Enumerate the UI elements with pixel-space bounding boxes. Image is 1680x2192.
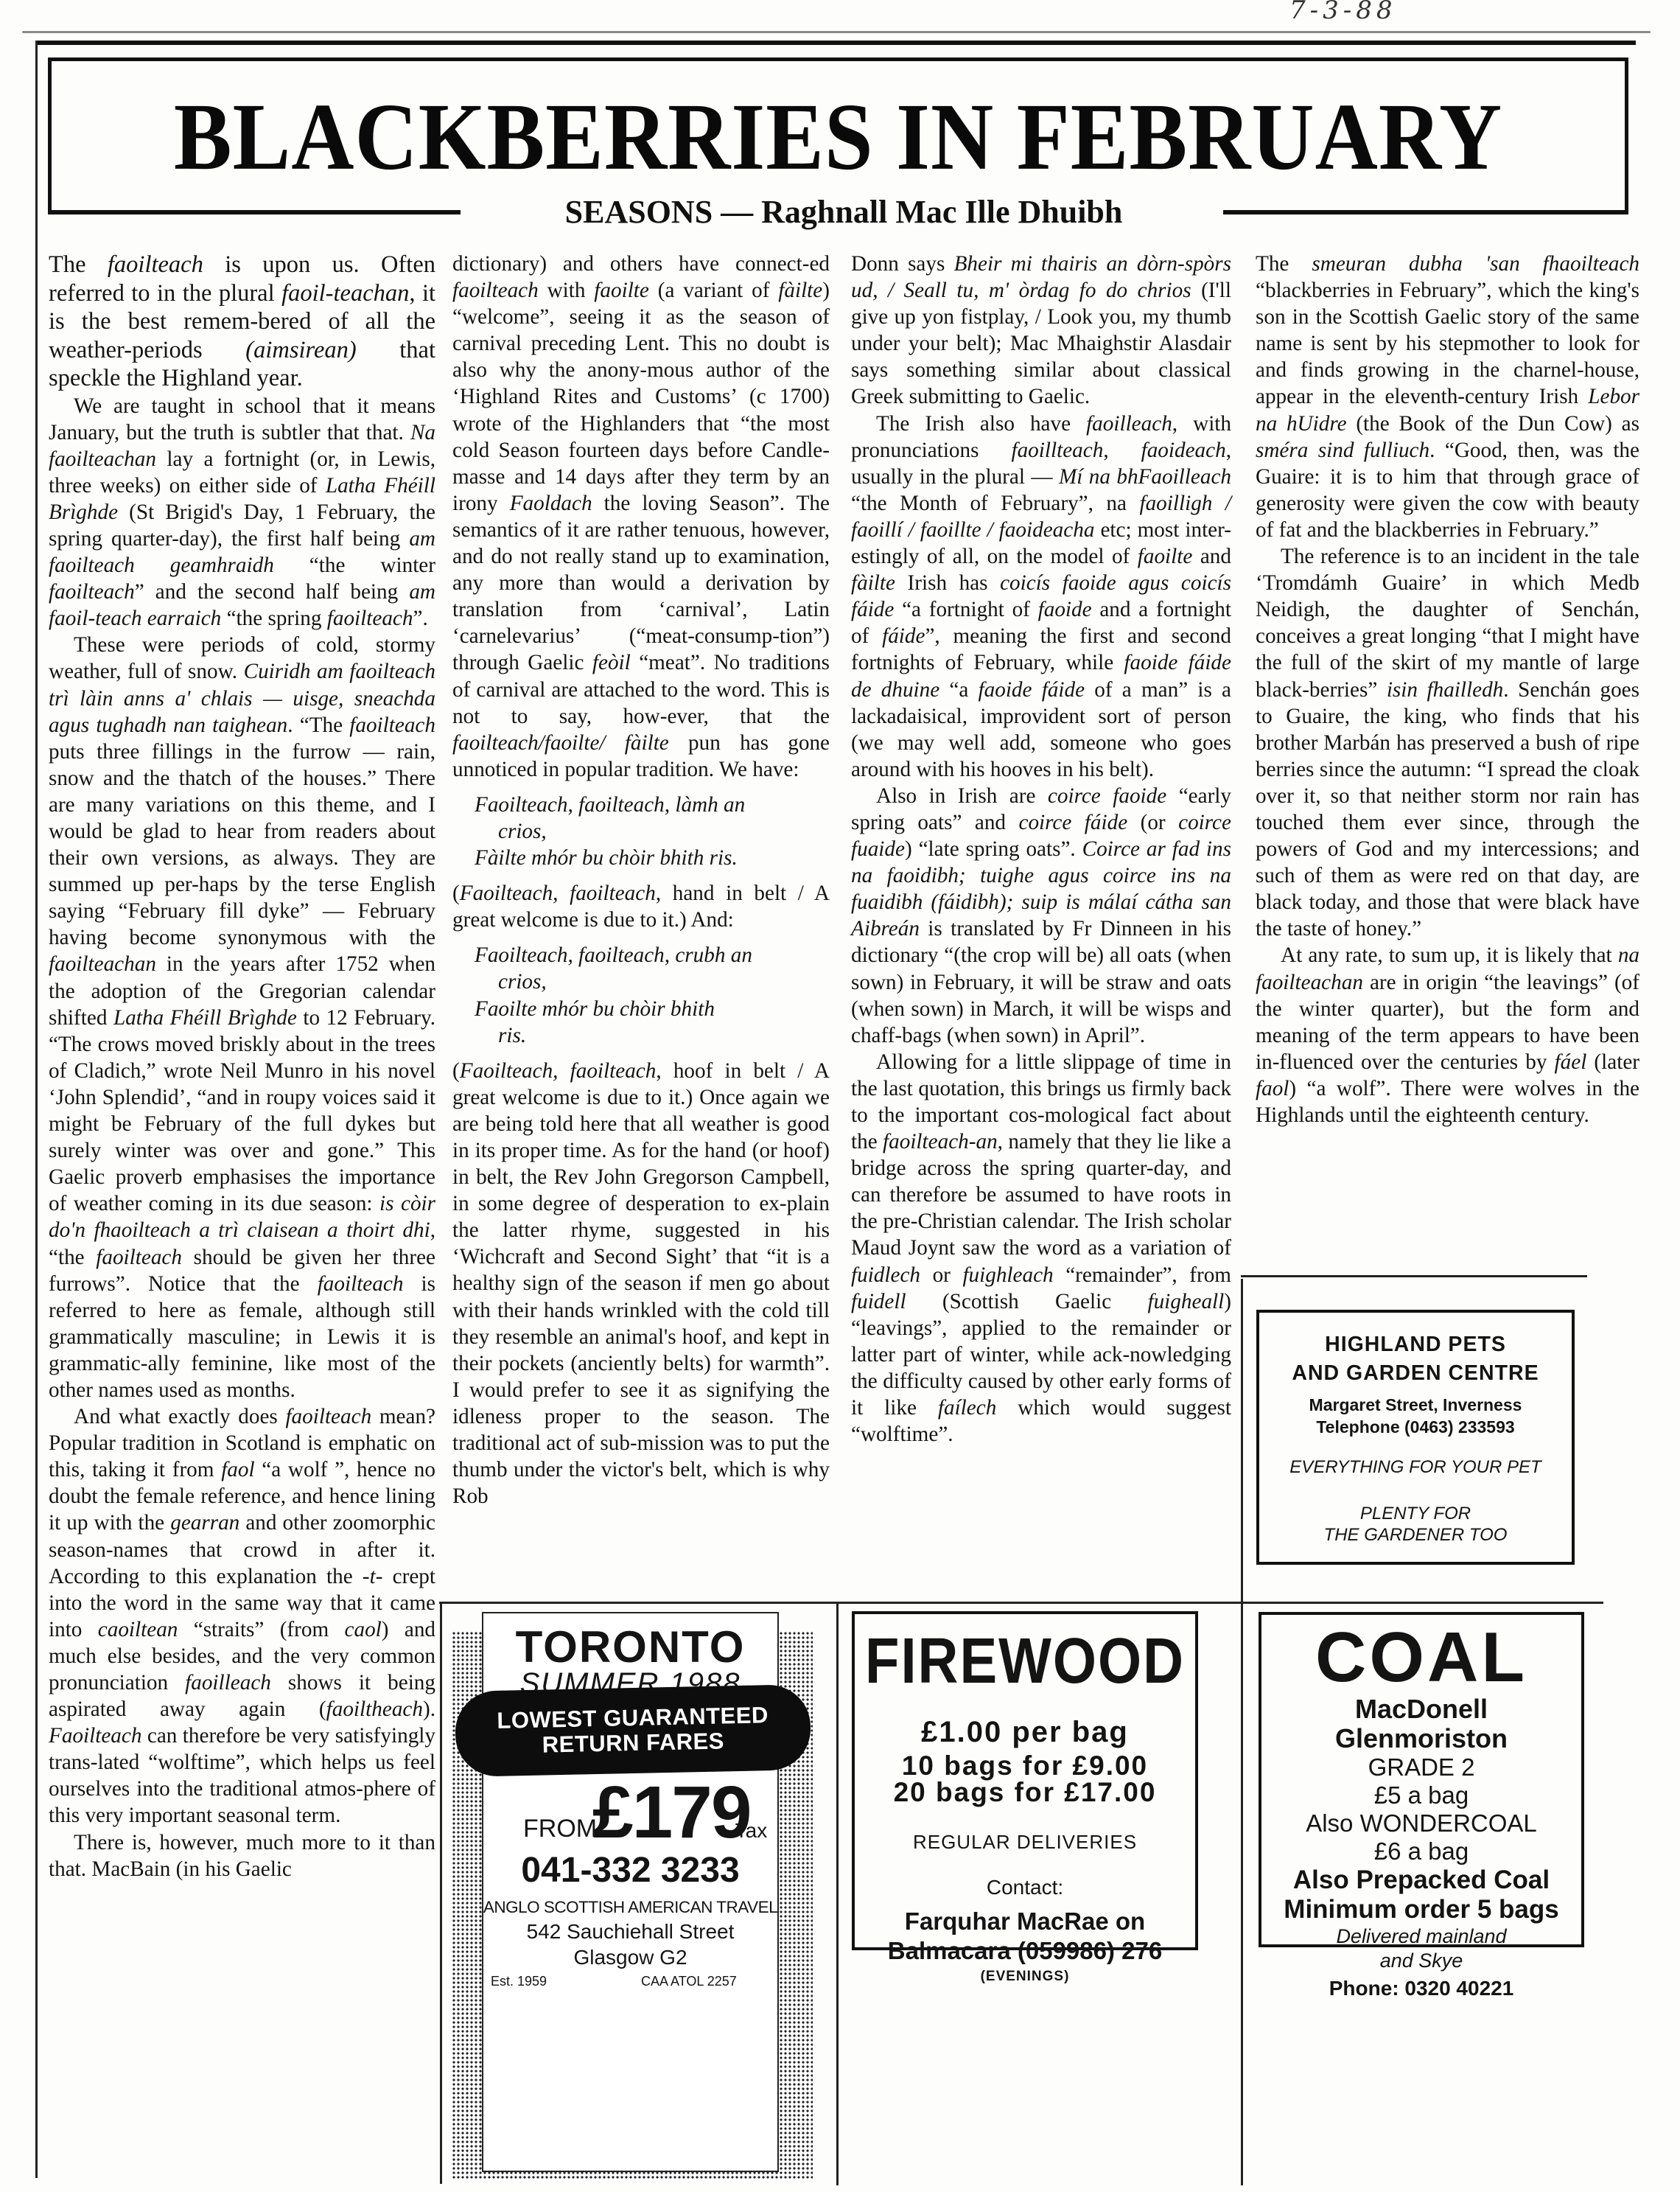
ad-contact: Farquhar MacRae on Balmacara (059986) 27… <box>855 1907 1195 1966</box>
column-rule <box>440 1602 442 2184</box>
headline: BLACKBERRIES IN FEBRUARY <box>48 82 1628 192</box>
ad-price: £6 a bag <box>1261 1837 1581 1865</box>
ad-product: Also WONDERCOAL <box>1261 1809 1581 1837</box>
ad-tagline: EVERYTHING FOR YOUR PET <box>1259 1457 1572 1478</box>
ad-title: COAL <box>1261 1621 1581 1694</box>
paragraph: The Irish also have faoilleach, with pro… <box>851 411 1231 783</box>
ad-supplier: MacDonell <box>1261 1694 1581 1724</box>
verse-quote-1: Faoilteach, faoilteach, làmh an crios, F… <box>452 792 830 871</box>
ad-phone: Phone: 0320 40221 <box>1261 1975 1581 2003</box>
ad-price: £5 a bag <box>1261 1781 1581 1809</box>
ad-minimum-order: Minimum order 5 bags <box>1261 1895 1581 1924</box>
paragraph: Allowing for a little slippage of time i… <box>851 1049 1231 1448</box>
column-rule <box>836 1603 839 2185</box>
byline: SEASONS — Raghnall Mac Ille Dhuibh <box>464 193 1223 231</box>
ad-price: £1.00 per bag <box>855 1719 1195 1745</box>
highland-pets-ad: HIGHLAND PETS AND GARDEN CENTRE Margaret… <box>1256 1310 1575 1565</box>
paragraph: The reference is to an incident in the t… <box>1256 543 1639 942</box>
ad-title: FIREWOOD <box>855 1627 1195 1695</box>
ad-price: 10 bags for £9.00 <box>855 1753 1195 1779</box>
toronto-ad-company: ANGLO SCOTTISH AMERICAN TRAVEL <box>482 1898 779 1917</box>
toronto-ad-atol: CAA ATOL 2257 <box>641 1974 737 1989</box>
ad-deliveries: REGULAR DELIVERIES <box>855 1831 1195 1854</box>
handwritten-date-mark: 7-3-88 <box>1289 0 1397 25</box>
paragraph: We are taught in school that it means Ja… <box>49 393 435 632</box>
paragraph: These were periods of cold, stormy weath… <box>49 632 435 1403</box>
ad-delivery: Delivered mainland <box>1261 1924 1581 1949</box>
paragraph: There is, however, much more to it than … <box>49 1829 435 1882</box>
ad-section-rule <box>1241 1275 1587 1277</box>
paragraph: Donn says Bheir mi thairis an dòrn-spòrs… <box>851 251 1231 411</box>
article-column-3: Donn says Bheir mi thairis an dòrn-spòrs… <box>851 251 1231 1448</box>
toronto-ad-established: Est. 1959 <box>491 1974 547 1989</box>
article-column-2: dictionary) and others have connect-ed f… <box>452 251 830 1509</box>
paragraph: The faoilteach is upon us. Often referre… <box>49 251 435 393</box>
ad-supplier: Glenmoriston <box>1261 1724 1581 1753</box>
paragraph: (Faoilteach, faoilteach, hand in belt / … <box>452 880 830 933</box>
toronto-ad-title: TORONTO <box>482 1622 779 1672</box>
verse-quote-2: Faoilteach, faoilteach, crubh an crios, … <box>452 942 830 1048</box>
toronto-ad-address: 542 Sauchiehall Street Glasgow G2 <box>482 1919 779 1970</box>
coal-ad: COAL MacDonell Glenmoriston GRADE 2 £5 a… <box>1259 1612 1584 1947</box>
ad-price: 20 bags for £17.00 <box>855 1779 1195 1806</box>
ad-section-rule <box>439 1602 1603 1604</box>
toronto-ad-price: FROM £179 + Tax <box>482 1776 779 1850</box>
ad-grade: GRADE 2 <box>1261 1753 1581 1781</box>
headline-frame-rule-left <box>48 210 461 214</box>
article-column-1: The faoilteach is upon us. Often referre… <box>49 251 435 1882</box>
ad-product: Also Prepacked Coal <box>1261 1865 1581 1895</box>
ad-tagline: PLENTY FOR THE GARDENER TOO <box>1259 1503 1572 1546</box>
paragraph: dictionary) and others have connect-ed f… <box>452 251 830 783</box>
left-margin-rule <box>35 41 38 2178</box>
ad-title: AND GARDEN CENTRE <box>1259 1359 1572 1388</box>
article-column-4: The smeuran dubha 'san fhaoilteach “blac… <box>1256 251 1639 1128</box>
ad-address: Margaret Street, Inverness <box>1259 1394 1572 1416</box>
ad-hours: (EVENINGS) <box>855 1969 1195 1985</box>
firewood-ad: FIREWOOD £1.00 per bag 10 bags for £9.00… <box>852 1611 1198 1950</box>
top-rule <box>37 41 1636 45</box>
column-rule <box>1241 1279 1243 2185</box>
toronto-ad-phone: 041-332 3233 <box>482 1850 779 1891</box>
paragraph: At any rate, to sum up, it is likely tha… <box>1256 942 1639 1128</box>
ad-contact-label: Contact: <box>855 1876 1195 1899</box>
paragraph: And what exactly does faoilteach mean? P… <box>49 1403 435 1829</box>
headline-frame-rule-right <box>1223 210 1628 214</box>
paragraph: Also in Irish are coirce faoide “early s… <box>851 783 1231 1049</box>
ad-title: HIGHLAND PETS <box>1259 1330 1572 1359</box>
paragraph: (Faoilteach, faoilteach, hoof in belt / … <box>452 1058 830 1510</box>
toronto-ad-banner: LOWEST GUARANTEED RETURN FARES <box>455 1684 811 1777</box>
page-torn-edge <box>22 31 1651 33</box>
ad-telephone: Telephone (0463) 233593 <box>1259 1416 1572 1438</box>
ad-delivery: and Skye <box>1261 1949 1581 1973</box>
paragraph: The smeuran dubha 'san fhaoilteach “blac… <box>1256 251 1639 543</box>
